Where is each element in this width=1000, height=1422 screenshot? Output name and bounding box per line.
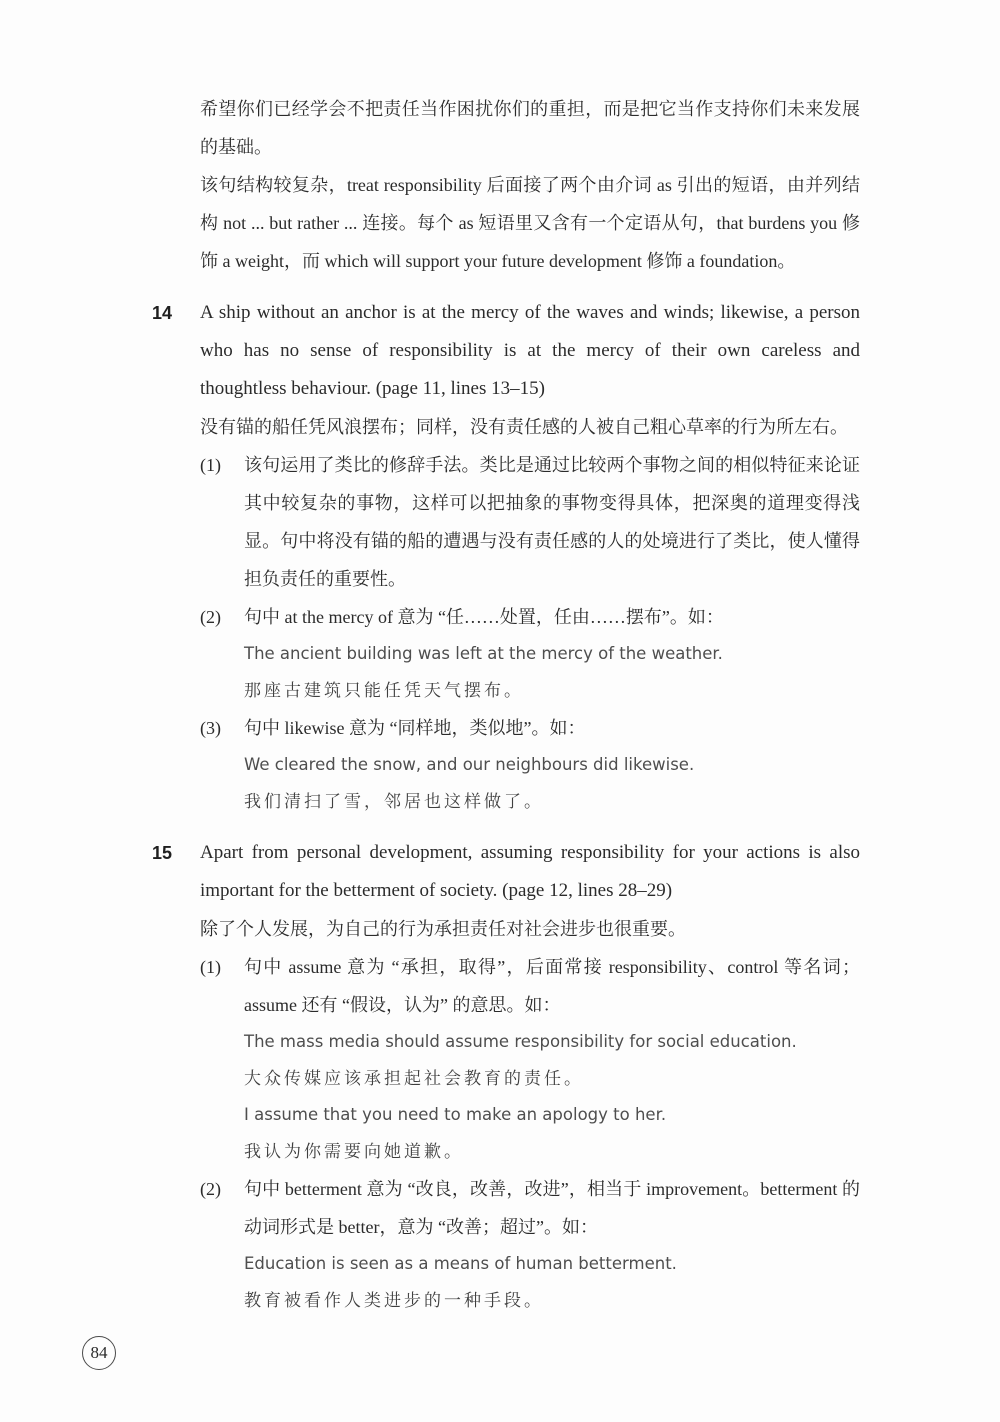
- example-sentence-zh: 大众传媒应该承担起社会教育的责任。: [244, 1060, 860, 1097]
- item-15-body: Apart from personal development, assumin…: [200, 834, 860, 1319]
- example-sentence-zh: 教育被看作人类进步的一种手段。: [244, 1282, 860, 1319]
- page-content: 希望你们已经学会不把责任当作困扰你们的重担，而是把它当作支持你们未来发展的基础。…: [0, 90, 1000, 1319]
- example-sentence-en: We cleared the snow, and our neighbours …: [244, 747, 860, 783]
- item-14-subitem-2: (2) 句中 at the mercy of 意为 “任……处置，任由……摆布”…: [200, 598, 860, 709]
- subitem-body: 句中 at the mercy of 意为 “任……处置，任由……摆布”。如： …: [244, 598, 860, 709]
- item-15-translation: 除了个人发展，为自己的行为承担责任对社会进步也很重要。: [200, 910, 860, 948]
- subitem-label: (1): [200, 446, 244, 598]
- subitem-text: 该句运用了类比的修辞手法。类比是通过比较两个事物之间的相似特征来论证其中较复杂的…: [244, 446, 860, 598]
- item-14-quote: A ship without an anchor is at the mercy…: [200, 294, 860, 408]
- example-sentence-zh: 那座古建筑只能任凭天气摆布。: [244, 672, 860, 709]
- example-sentence-zh: 我认为你需要向她道歉。: [244, 1133, 860, 1170]
- item-15: 15 Apart from personal development, assu…: [152, 834, 1000, 1319]
- subitem-body: 句中 betterment 意为 “改良，改善，改进”，相当于 improvem…: [244, 1170, 860, 1319]
- subitem-label: (1): [200, 948, 244, 1170]
- item-15-subitem-2: (2) 句中 betterment 意为 “改良，改善，改进”，相当于 impr…: [200, 1170, 860, 1319]
- item-15-quote: Apart from personal development, assumin…: [200, 834, 860, 910]
- subitem-text: 句中 at the mercy of 意为 “任……处置，任由……摆布”。如：: [244, 598, 860, 636]
- example-sentence-en: Education is seen as a means of human be…: [244, 1246, 860, 1282]
- item-14-subitem-3: (3) 句中 likewise 意为 “同样地，类似地”。如： We clear…: [200, 709, 860, 820]
- item-14-body: A ship without an anchor is at the mercy…: [200, 294, 860, 820]
- example-sentence-en: The ancient building was left at the mer…: [244, 636, 860, 672]
- item-15-subitem-1: (1) 句中 assume 意为 “承担，取得”，后面常接 responsibi…: [200, 948, 860, 1170]
- subitem-label: (2): [200, 1170, 244, 1319]
- intro-paragraph-2: 该句结构较复杂，treat responsibility 后面接了两个由介词 a…: [200, 166, 860, 280]
- subitem-body: 句中 likewise 意为 “同样地，类似地”。如： We cleared t…: [244, 709, 860, 820]
- subitem-body: 句中 assume 意为 “承担，取得”，后面常接 responsibility…: [244, 948, 860, 1170]
- subitem-text: 句中 betterment 意为 “改良，改善，改进”，相当于 improvem…: [244, 1170, 860, 1246]
- item-14-number: 14: [152, 294, 200, 820]
- example-sentence-en: I assume that you need to make an apolog…: [244, 1097, 860, 1133]
- subitem-label: (3): [200, 709, 244, 820]
- subitem-body: 该句运用了类比的修辞手法。类比是通过比较两个事物之间的相似特征来论证其中较复杂的…: [244, 446, 860, 598]
- subitem-label: (2): [200, 598, 244, 709]
- page-number-badge: 84: [82, 1336, 116, 1370]
- item-15-number: 15: [152, 834, 200, 1319]
- item-14: 14 A ship without an anchor is at the me…: [152, 294, 1000, 820]
- page-number: 84: [91, 1343, 108, 1363]
- item-14-translation: 没有锚的船任凭风浪摆布；同样，没有责任感的人被自己粗心草率的行为所左右。: [200, 408, 860, 446]
- example-sentence-zh: 我们清扫了雪，邻居也这样做了。: [244, 783, 860, 820]
- subitem-text: 句中 likewise 意为 “同样地，类似地”。如：: [244, 709, 860, 747]
- intro-paragraph-1: 希望你们已经学会不把责任当作困扰你们的重担，而是把它当作支持你们未来发展的基础。: [200, 90, 860, 166]
- example-sentence-en: The mass media should assume responsibil…: [244, 1024, 860, 1060]
- item-14-subitem-1: (1) 该句运用了类比的修辞手法。类比是通过比较两个事物之间的相似特征来论证其中…: [200, 446, 860, 598]
- subitem-text: 句中 assume 意为 “承担，取得”，后面常接 responsibility…: [244, 948, 860, 1024]
